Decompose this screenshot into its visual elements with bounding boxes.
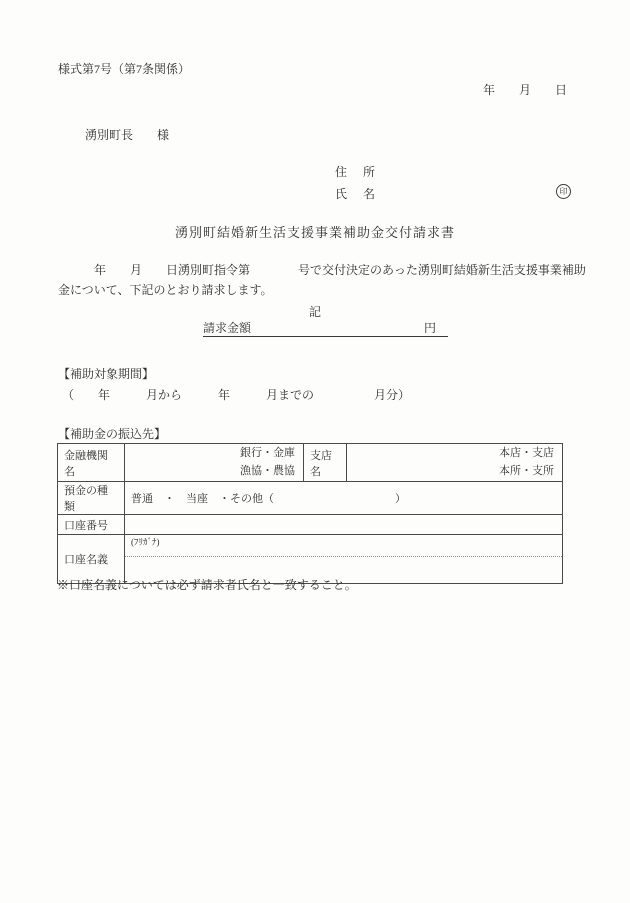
furigana-row: (ﾌﾘｶﾞﾅ) — [125, 535, 562, 557]
account-number-value — [125, 515, 563, 535]
date-line: 年 月 日 — [483, 81, 567, 98]
financial-institution-label: 金融機関名 — [58, 444, 125, 482]
branch-label: 支店名 — [304, 444, 347, 482]
financial-institution-option2: 漁協・農協 — [240, 465, 295, 477]
seal-mark-icon: 印 — [556, 184, 571, 199]
account-number-label: 口座番号 — [58, 515, 125, 535]
deposit-type-label: 預金の種類 — [58, 482, 125, 515]
address-label: 住 所 — [335, 163, 377, 180]
amount-line: 請求金額 円 — [203, 317, 448, 337]
section-heading-transfer: 【補助金の振込先】 — [58, 425, 166, 442]
branch-option2: 本所・支所 — [499, 465, 554, 477]
document-title: 湧別町結婚新生活支援事業補助金交付請求書 — [0, 222, 630, 241]
transfer-table: 金融機関名 銀行・金庫漁協・農協 支店名 本店・支店本所・支所 預金の種類 普通… — [57, 443, 563, 584]
seal-mark-glyph: 印 — [560, 188, 568, 196]
document-page: 様式第7号（第7条関係） 年 月 日 湧別町長 様 住 所 氏 名 印 湧別町結… — [0, 0, 630, 903]
body-text-line2: 金について、下記のとおり請求します。 — [58, 281, 273, 298]
body-text-line1: 年 月 日湧別町指令第 号で交付決定のあった湧別町結婚新生活支援事業補助 — [58, 261, 586, 278]
section-heading-period: 【補助対象期間】 — [58, 365, 154, 382]
branch-options: 本店・支店本所・支所 — [347, 444, 563, 482]
period-blank-line: （ 年 月から 年 月までの 月分） — [62, 386, 410, 403]
deposit-type-value: 普通 ・ 当座 ・その他（ ） — [125, 482, 563, 515]
footnote: ※口座名義については必ず請求者氏名と一致すること。 — [57, 576, 357, 593]
name-label: 氏 名 — [335, 185, 377, 202]
table-row-account-number: 口座番号 — [58, 515, 563, 535]
addressee-line: 湧別町長 様 — [85, 126, 169, 143]
branch-option1: 本店・支店 — [499, 447, 554, 459]
amount-label: 請求金額 — [203, 319, 251, 336]
form-number: 様式第7号（第7条関係） — [58, 60, 190, 77]
table-row-deposit-type: 預金の種類 普通 ・ 当座 ・その他（ ） — [58, 482, 563, 515]
financial-institution-option1: 銀行・金庫 — [240, 447, 295, 459]
financial-institution-options: 銀行・金庫漁協・農協 — [125, 444, 304, 482]
table-row-financial-institution: 金融機関名 銀行・金庫漁協・農協 支店名 本店・支店本所・支所 — [58, 444, 563, 482]
amount-unit: 円 — [424, 319, 436, 336]
